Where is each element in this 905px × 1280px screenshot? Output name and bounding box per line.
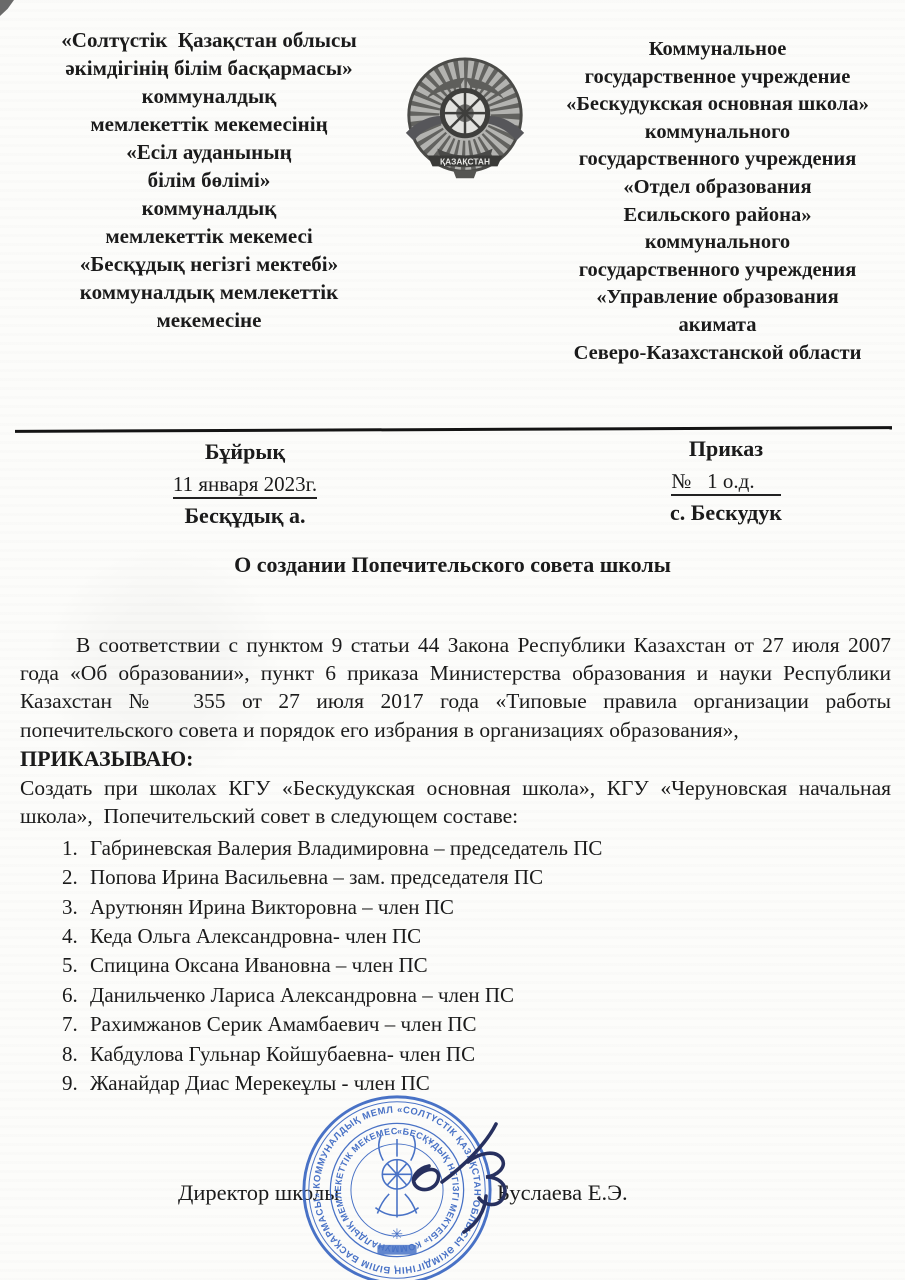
letterhead-line: коммуналдық мемлекеттік [28, 278, 390, 306]
letterhead-line: «Бесқұдық негізгі мектебі» [28, 250, 390, 278]
letterhead-line: коммунального [540, 119, 895, 147]
order-header-kazakh: Бұйрық 11 января 2023г. Бесқұдық а. [95, 436, 395, 532]
letterhead-line: государственное учреждение [540, 64, 895, 92]
letterhead-line: мемлекеттік мекемесі [28, 222, 390, 250]
member-item: Рахимжанов Серик Амамбаевич – член ПС [62, 1010, 891, 1039]
members-list: Габриневская Валерия Владимировна – пред… [62, 834, 891, 1099]
order-word-ru: Приказ [595, 433, 857, 465]
letterhead-line: Коммунальное [540, 36, 895, 64]
letterhead-line: коммуналдық [28, 194, 390, 222]
member-item: Кабдулова Гульнар Койшубаевна- член ПС [62, 1040, 891, 1069]
kazakhstan-state-emblem-icon: ҚАЗАҚСТАН [390, 20, 540, 367]
letterhead-line: «Управление образования [540, 284, 895, 312]
letterhead: «Солтүстік Қазақстан облысы әкімдігінің … [28, 20, 895, 367]
member-item: Габриневская Валерия Владимировна – пред… [62, 834, 891, 863]
letterhead-line: «Бескудукская основная школа» [540, 91, 895, 119]
order-text-paragraph: Создать при школах КГУ «Бескудукская осн… [20, 774, 891, 831]
emblem-banner-text: ҚАЗАҚСТАН [440, 156, 490, 166]
letterhead-line: әкімдігінің білім басқармасы» [28, 54, 390, 82]
director-signature-icon [398, 1120, 538, 1238]
scanned-order-document: «Солтүстік Қазақстан облысы әкімдігінің … [0, 0, 905, 1280]
order-number: № 1 о.д. [671, 469, 780, 496]
order-date: 11 января 2023г. [173, 472, 317, 499]
letterhead-line: коммуналдық [28, 82, 390, 110]
horizontal-rule [15, 426, 892, 433]
letterhead-line: «Солтүстік Қазақстан облысы [28, 26, 390, 54]
member-item: Попова Ирина Васильевна – зам. председат… [62, 863, 891, 892]
intro-paragraph: В соответствии с пунктом 9 статьи 44 Зак… [20, 631, 891, 744]
order-place-ru: с. Бескудук [595, 497, 857, 529]
scan-corner-artifact [0, 0, 14, 16]
letterhead-line: «Есіл ауданының [28, 138, 390, 166]
letterhead-line: мекемесіне [28, 306, 390, 334]
order-word-kk: Бұйрық [95, 436, 395, 468]
order-header-russian: Приказ № 1 о.д. с. Бескудук [595, 433, 857, 529]
member-item: Кеда Ольга Александровна- член ПС [62, 922, 891, 951]
document-title: О создании Попечительского совета школы [0, 552, 905, 578]
member-item: Спицина Оксана Ивановна – член ПС [62, 951, 891, 980]
letterhead-line: Северо-Казахстанской области [540, 340, 895, 368]
letterhead-line: коммунального [540, 229, 895, 257]
letterhead-line: акимата [540, 312, 895, 340]
letterhead-line: білім бөлімі» [28, 166, 390, 194]
letterhead-line: Есильского района» [540, 202, 895, 230]
letterhead-line: государственного учреждения [540, 257, 895, 285]
decree-word: ПРИКАЗЫВАЮ: [20, 744, 891, 774]
member-item: Арутюнян Ирина Викторовна – член ПС [62, 893, 891, 922]
letterhead-kazakh-column: «Солтүстік Қазақстан облысы әкімдігінің … [28, 20, 390, 367]
letterhead-line: государственного учреждения [540, 146, 895, 174]
letterhead-line: «Отдел образования [540, 174, 895, 202]
document-body: В соответствии с пунктом 9 статьи 44 Зак… [20, 631, 891, 1098]
order-place-kk: Бесқұдық а. [95, 500, 395, 532]
letterhead-line: мемлекеттік мекемесінің [28, 110, 390, 138]
letterhead-russian-column: Коммунальное государственное учреждение … [540, 20, 895, 367]
member-item: Данильченко Лариса Александровна – член … [62, 981, 891, 1010]
